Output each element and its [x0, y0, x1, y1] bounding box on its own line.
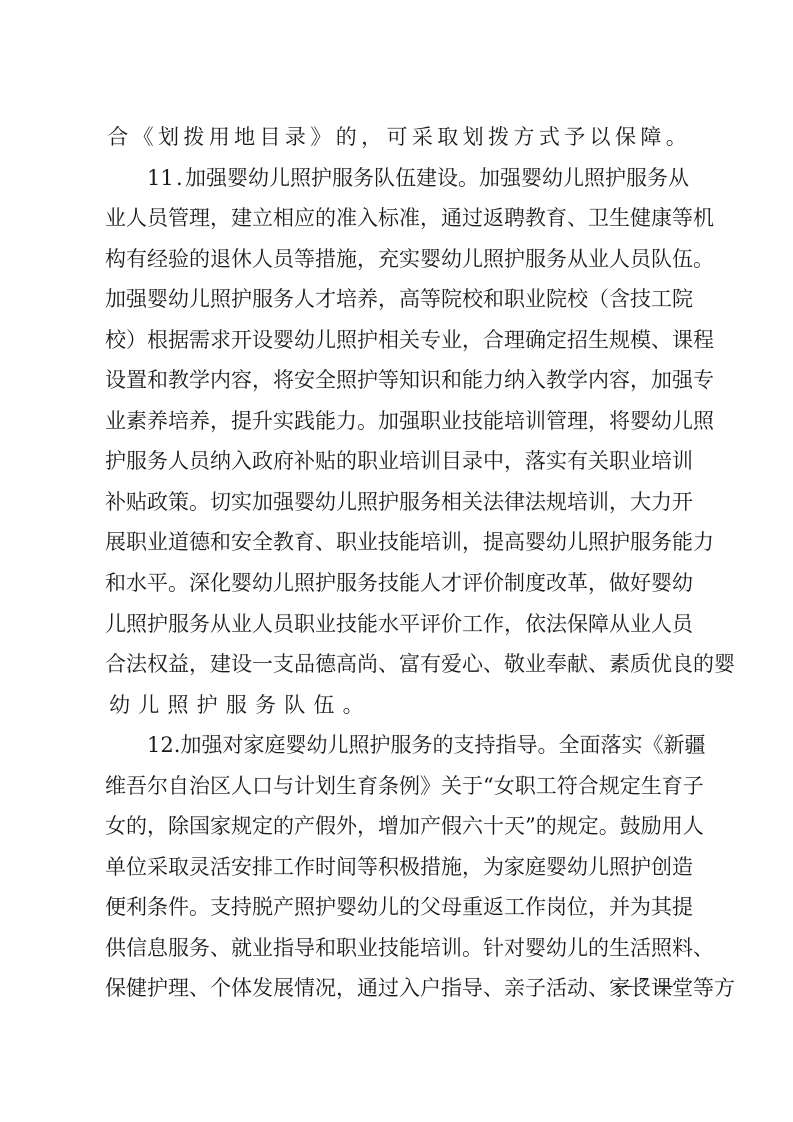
- text-line: 补贴政策。切实加强婴幼儿照护服务相关法律法规培训，大力开: [105, 482, 689, 523]
- document-page: 合《划拨用地目录》的，可采取划拨方式予以保障。 11.加强婴幼儿照护服务队伍建设…: [0, 0, 793, 1122]
- text-line: 保健护理、个体发展情况，通过入户指导、亲子活动、家长课堂等方: [105, 968, 689, 1009]
- text-line: 便利条件。支持脱产照护婴幼儿的父母重返工作岗位，并为其提: [105, 887, 689, 928]
- text-line: 女的，除国家规定的产假外，增加产假六十天”的规定。鼓励用人: [105, 806, 689, 847]
- text-line: 维吾尔自治区人口与计划生育条例》关于“女职工符合规定生育子: [105, 766, 689, 807]
- text-line: 11.加强婴幼儿照护服务队伍建设。加强婴幼儿照护服务从: [105, 158, 689, 199]
- text-line: 展职业道德和安全教育、职业技能培训，提高婴幼儿照护服务能力: [105, 522, 689, 563]
- text-line: 幼儿照护服务队伍。: [105, 685, 689, 726]
- text-line: 合法权益，建设一支品德高尚、富有爱心、敬业奉献、素质优良的婴: [105, 644, 689, 685]
- text-line: 业素养培养，提升实践能力。加强职业技能培训管理，将婴幼儿照: [105, 401, 689, 442]
- page-number: — 7 —: [604, 975, 684, 997]
- text-line: 儿照护服务从业人员职业技能水平评价工作，依法保障从业人员: [105, 604, 689, 645]
- text-line: 设置和教学内容，将安全照护等知识和能力纳入教学内容，加强专: [105, 360, 689, 401]
- body-text: 合《划拨用地目录》的，可采取划拨方式予以保障。 11.加强婴幼儿照护服务队伍建设…: [105, 117, 689, 1009]
- text-line: 合《划拨用地目录》的，可采取划拨方式予以保障。: [105, 117, 689, 158]
- text-line: 业人员管理，建立相应的准入标准，通过返聘教育、卫生健康等机: [105, 198, 689, 239]
- text-line: 和水平。深化婴幼儿照护服务技能人才评价制度改革，做好婴幼: [105, 563, 689, 604]
- text-line: 供信息服务、就业指导和职业技能培训。针对婴幼儿的生活照料、: [105, 928, 689, 969]
- text-line: 构有经验的退休人员等措施，充实婴幼儿照护服务从业人员队伍。: [105, 239, 689, 280]
- text-line: 12.加强对家庭婴幼儿照护服务的支持指导。全面落实《新疆: [105, 725, 689, 766]
- text-line: 加强婴幼儿照护服务人才培养，高等院校和职业院校（含技工院: [105, 279, 689, 320]
- text-line: 护服务人员纳入政府补贴的职业培训目录中，落实有关职业培训: [105, 441, 689, 482]
- text-line: 单位采取灵活安排工作时间等积极措施，为家庭婴幼儿照护创造: [105, 847, 689, 888]
- text-line: 校）根据需求开设婴幼儿照护相关专业，合理确定招生规模、课程: [105, 320, 689, 361]
